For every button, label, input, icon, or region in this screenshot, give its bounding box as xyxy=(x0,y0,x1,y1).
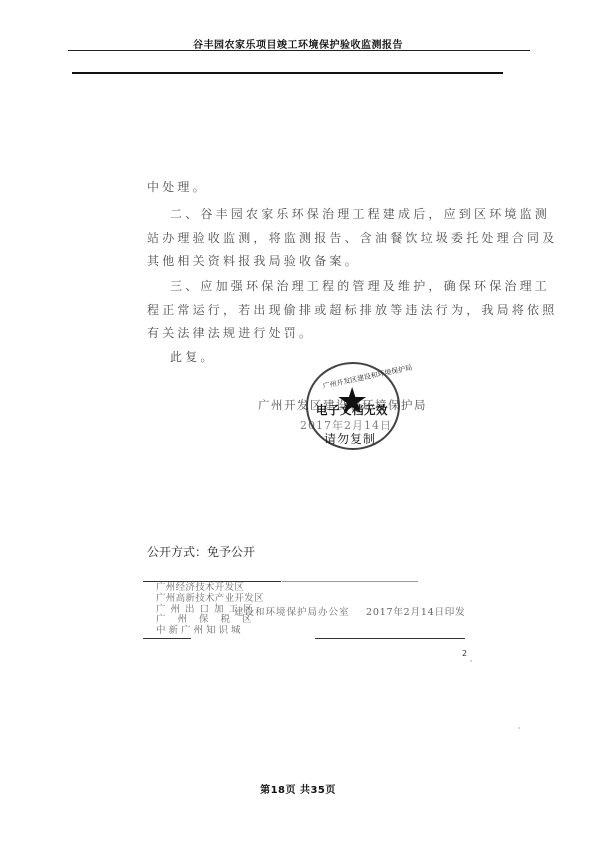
watermark-do-not-copy: 请勿复制 xyxy=(324,430,376,447)
issuing-zone: 中新广州知识城 xyxy=(156,626,264,637)
letter-paragraph-line: 有关法律法规进行处罚。 xyxy=(147,324,314,341)
scanned-page-number: 2 xyxy=(462,649,467,658)
issuance-rule-bottom-right xyxy=(315,638,465,639)
letter-paragraph-line: 三、应加强环保治理工程的管理及维护，确保环保治理工 xyxy=(170,277,550,294)
scanned-page-top-rule xyxy=(72,72,503,74)
issuance-rule-top-faint xyxy=(282,581,418,582)
letter-paragraph-line: 站办理验收监测，将监测报告、含油餐饮垃圾委托处理合同及 xyxy=(147,229,557,246)
issuance-rule-bottom-left xyxy=(143,638,191,639)
letter-paragraph-line: 中处理。 xyxy=(147,178,208,195)
letter-paragraph-line: 程正常运行，若出现偷排或超标排放等违法行为，我局将依照 xyxy=(147,301,557,318)
issuing-zone: 广州高新技术产业开发区 xyxy=(156,594,264,605)
header-divider xyxy=(68,50,530,51)
issuing-office: 建设和环境保护局办公室 xyxy=(234,604,350,618)
scan-speck xyxy=(470,660,472,662)
footer-page-number: 第18页 共35页 xyxy=(0,781,596,796)
letter-paragraph-line: 其他相关资料报我局验收备案。 xyxy=(147,252,360,269)
letter-closing: 此复。 xyxy=(170,348,216,365)
watermark-electronic-invalid: 电子文档无效 xyxy=(316,402,388,418)
report-header-title: 谷丰园农家乐项目竣工环境保护验收监测报告 xyxy=(0,36,596,51)
disclosure-method: 公开方式：免予公开 xyxy=(147,543,255,560)
letter-paragraph-line: 二、谷丰园农家乐环保治理工程建成后，应到区环境监测 xyxy=(170,205,550,222)
scan-speck xyxy=(518,727,520,729)
issuance-date: 2017年2月14日印发 xyxy=(366,604,465,618)
